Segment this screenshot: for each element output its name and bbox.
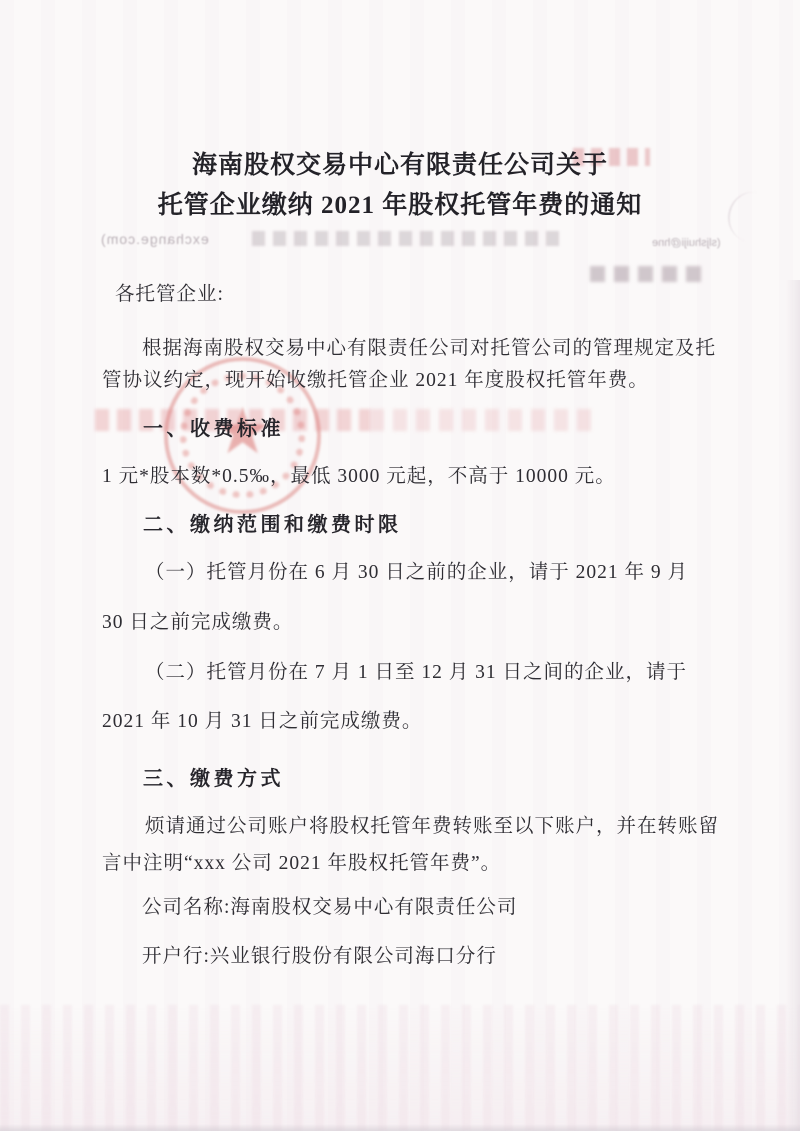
paper-bottom-texture: [0, 1005, 800, 1131]
bleedthrough-gray-text-band-2: [590, 266, 710, 282]
payment-paragraph-line-2: 言中注明“xxx 公司 2021 年股权托管年费”。: [102, 851, 501, 877]
intro-paragraph-line-2: 管协议约定，现开始收缴托管企业 2021 年度股权托管年费。: [102, 368, 649, 394]
bleedthrough-red-text-band-right: [370, 409, 592, 431]
salutation: 各托管企业:: [115, 282, 224, 308]
heading-payment-scope-deadline: 二、缴纳范围和缴费时限: [143, 512, 402, 538]
page-right-edge-shadow: [786, 280, 800, 1131]
heading-fee-standard: 一、收费标准: [143, 416, 284, 442]
document-title-line-1: 海南股权交易中心有限责任公司关于: [0, 150, 800, 182]
document-title-line-2: 托管企业缴纳 2021 年股权托管年费的通知: [0, 190, 800, 222]
heading-payment-method: 三、缴费方式: [143, 766, 284, 792]
item-2-line-2: 2021 年 10 月 31 日之前完成缴费。: [102, 709, 422, 735]
page-bottom-edge-shadow: [0, 1124, 800, 1131]
item-1-line-1: （一）托管月份在 6 月 30 日之前的企业，请于 2021 年 9 月: [145, 560, 688, 586]
item-1-line-2: 30 日之前完成缴费。: [102, 610, 293, 636]
bleedthrough-email-fragment-1: exchange.com): [100, 231, 209, 247]
account-bank-name: 开户行:兴业银行股份有限公司海口分行: [142, 944, 497, 970]
fee-standard-text: 1 元*股本数*0.5‰，最低 3000 元起，不高于 10000 元。: [102, 464, 616, 490]
payment-paragraph-line-1: 烦请通过公司账户将股权托管年费转账至以下账户，并在转账留: [145, 814, 719, 840]
bleedthrough-email-fragment-2: (sljshuiji@hne: [652, 237, 721, 249]
scanned-notice-page: ★ exchange.com) (sljshuiji@hne 海南股权交易中心有…: [0, 0, 800, 1131]
item-2-line-1: （二）托管月份在 7 月 1 日至 12 月 31 日之间的企业，请于: [145, 660, 687, 686]
account-company-name: 公司名称:海南股权交易中心有限责任公司: [142, 895, 517, 921]
intro-paragraph-line-1: 根据海南股权交易中心有限责任公司对托管公司的管理规定及托: [142, 336, 716, 362]
bleedthrough-gray-text-band: [252, 231, 567, 246]
